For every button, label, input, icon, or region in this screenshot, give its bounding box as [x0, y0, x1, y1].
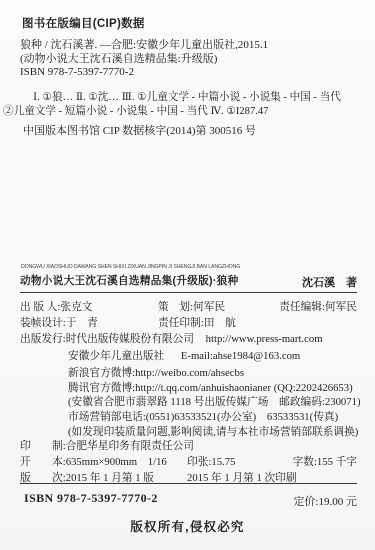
colophon-row: 装帧设计:于 青 责任印制:田 航 — [20, 317, 357, 332]
cip-series-line: (动物小说大王沈石溪自选精品集:升级版) — [20, 53, 268, 67]
colophon-row: 市场营销部电话:(0551)63533521(办公室) 63533531(传真) — [20, 411, 357, 426]
colophon-row: 开 本:635mm×900mm 1/16 印张:15.75 字数:155 千字 — [20, 456, 357, 471]
press-email: E-mail:ahse1984@163.com — [181, 350, 300, 362]
series-author: 沈石溪 著 — [302, 274, 357, 290]
sina-weibo: 新浪官方微博:http://weibo.com/ahsecbs — [68, 367, 244, 379]
series-title: 动物小说大王沈石溪自选精品集(升级版)·狼种 — [20, 273, 238, 288]
publisher-person: 出 版 人:张克文 — [20, 301, 92, 313]
cip-description: 狼种 / 沈石溪著. —合肥:安徽少年儿童出版社,2015.1 (动物小说大王沈… — [20, 39, 268, 80]
tencent-weibo: 腾讯官方微博:http://t.qq.com/anhuishaonianer (… — [68, 382, 353, 394]
cip-heading: 图书在版编目(CIP)数据 — [22, 15, 145, 31]
colophon-row: (安徽省合肥市翡翠路 1118 号出版传媒广场 邮政编码:230071) — [20, 396, 357, 411]
copyright-notice: 版权所有,侵权必究 — [0, 517, 375, 535]
format-spec: 开 本:635mm×900mm 1/16 — [20, 456, 167, 468]
chief-editor: 责任编辑:何军民 — [279, 301, 357, 314]
word-count: 字数:155 千字 — [293, 456, 357, 469]
divider-line-top — [20, 292, 357, 293]
publishing-company: 出版发行:时代出版传媒股份有限公司 — [20, 333, 194, 345]
cip-classification-line2: ②儿童文学 - 短篇小说 - 小说集 - 中国 - 当代 Ⅳ. ①I287.47 — [3, 103, 268, 118]
publishing-url: http://www.press-mart.com — [206, 333, 323, 345]
designer: 装帧设计:于 青 — [20, 317, 98, 329]
quality-note: (如发现印装质量问题,影响阅读,请与本社市场营销部联系调换) — [68, 426, 358, 438]
colophon-row: 新浪官方微博:http://weibo.com/ahsecbs — [20, 367, 357, 382]
print-supervisor: 责任印制:田 航 — [158, 317, 236, 330]
price: 定价:19.00 元 — [293, 493, 357, 509]
divider-line-bottom — [20, 483, 357, 484]
colophon-row: (如发现印装质量问题,影响阅读,请与本社市场营销部联系调换) — [20, 426, 357, 441]
colophon-row: 腾讯官方微博:http://t.qq.com/anhuishaonianer (… — [20, 382, 357, 397]
colophon-row: 印 制:合肥华星印务有限责任公司 — [20, 440, 357, 455]
cip-isbn-line: ISBN 978-7-5397-7770-2 — [20, 66, 268, 80]
colophon-row: 版 次:2015 年 1 月第 1 版 2015 年 1 月第 1 次印刷 — [20, 472, 357, 487]
printer: 印 制:合肥华星印务有限责任公司 — [20, 440, 194, 452]
cip-registry-number: 中国版本图书馆 CIP 数据核字(2014)第 300516 号 — [23, 122, 256, 138]
colophon-row: 出版发行:时代出版传媒股份有限公司 http://www.press-mart.… — [20, 333, 357, 348]
marketing-phone: 市场营销部电话:(0551)63533521(办公室) 63533531(传真) — [68, 411, 338, 423]
press-name: 安徽少年儿童出版社 — [68, 350, 164, 362]
cip-title-line: 狼种 / 沈石溪著. —合肥:安徽少年儿童出版社,2015.1 — [20, 39, 268, 53]
colophon-row: 出 版 人:张克文 策 划:何军民 责任编辑:何军民 — [20, 301, 357, 316]
planner: 策 划:何军民 — [158, 301, 225, 314]
colophon-block: 出 版 人:张克文 策 划:何军民 责任编辑:何军民 装帧设计:于 青 责任印制… — [20, 301, 357, 487]
series-pinyin: DONGWU XIAOSHUO DAWANG SHEN SHIXI ZIXUAN… — [21, 264, 240, 270]
colophon-row: 安徽少年儿童出版社 E-mail:ahse1984@163.com — [20, 350, 357, 365]
print-sheets: 印张:15.75 — [187, 456, 235, 469]
press-address: (安徽省合肥市翡翠路 1118 号出版传媒广场 邮政编码:230071) — [68, 396, 361, 408]
isbn-number: ISBN 978-7-5397-7770-2 — [24, 491, 158, 506]
copyright-page: 图书在版编目(CIP)数据 狼种 / 沈石溪著. —合肥:安徽少年儿童出版社,2… — [0, 0, 375, 550]
